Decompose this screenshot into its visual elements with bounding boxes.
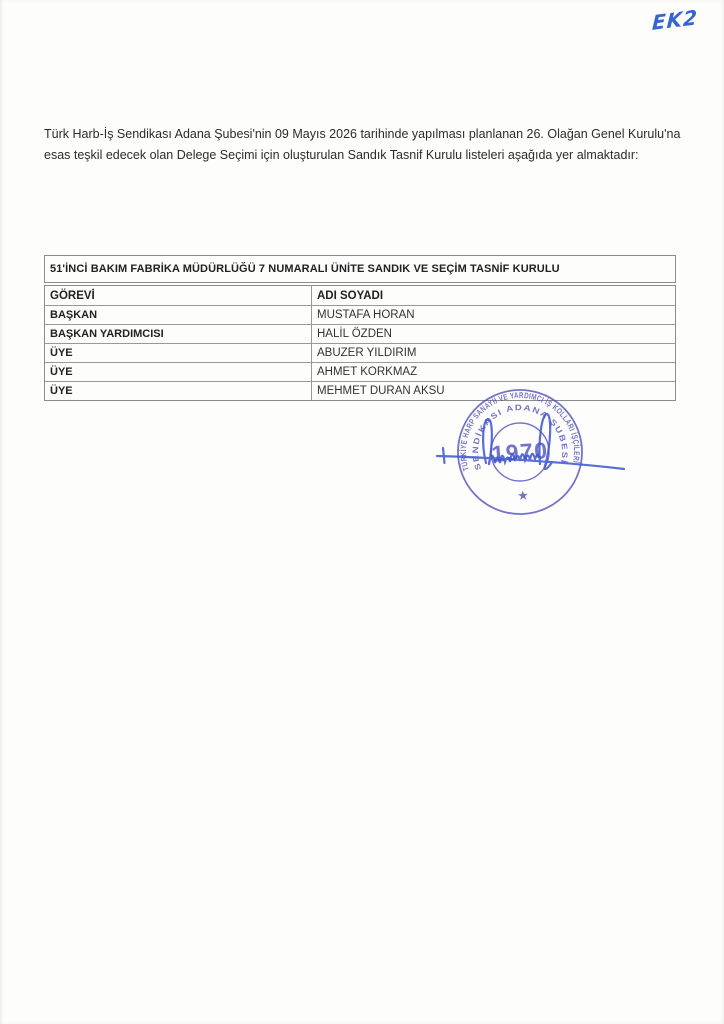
header-cell-adi-soyadi: ADI SOYADI	[312, 286, 675, 305]
intro-paragraph: Türk Harb-İş Sendikası Adana Şubesi'nin …	[44, 124, 690, 165]
name-cell: MUSTAFA HORAN	[312, 306, 675, 324]
signature-scribble	[489, 454, 540, 464]
handwritten-attachment-note: EK2	[652, 5, 699, 35]
role-cell: ÜYE	[45, 344, 312, 362]
stamp-star-icon: ★	[517, 488, 530, 504]
name-cell: ABUZER YILDIRIM	[312, 344, 675, 362]
header-cell-gorevi: GÖREVİ	[45, 286, 312, 305]
role-cell: ÜYE	[45, 363, 312, 381]
role-cell: BAŞKAN	[45, 306, 312, 324]
role-cell: BAŞKAN YARDIMCISI	[45, 325, 312, 343]
table-row: ÜYE ABUZER YILDIRIM	[45, 343, 675, 362]
table-title: 51'İNCİ BAKIM FABRİKA MÜDÜRLÜĞÜ 7 NUMARA…	[44, 255, 676, 283]
table-header-row: GÖREVİ ADI SOYADI	[45, 286, 675, 305]
scanned-document-page: EK2 Türk Harb-İş Sendikası Adana Şubesi'…	[0, 0, 724, 1024]
table-row: BAŞKAN YARDIMCISI HALİL ÖZDEN	[45, 324, 675, 343]
scan-artifact-left	[0, 0, 3, 1024]
handwritten-signature	[425, 385, 635, 485]
table-row: BAŞKAN MUSTAFA HORAN	[45, 305, 675, 324]
name-cell: HALİL ÖZDEN	[312, 325, 675, 343]
signature-tick-stroke	[443, 448, 445, 463]
role-cell: ÜYE	[45, 382, 312, 400]
